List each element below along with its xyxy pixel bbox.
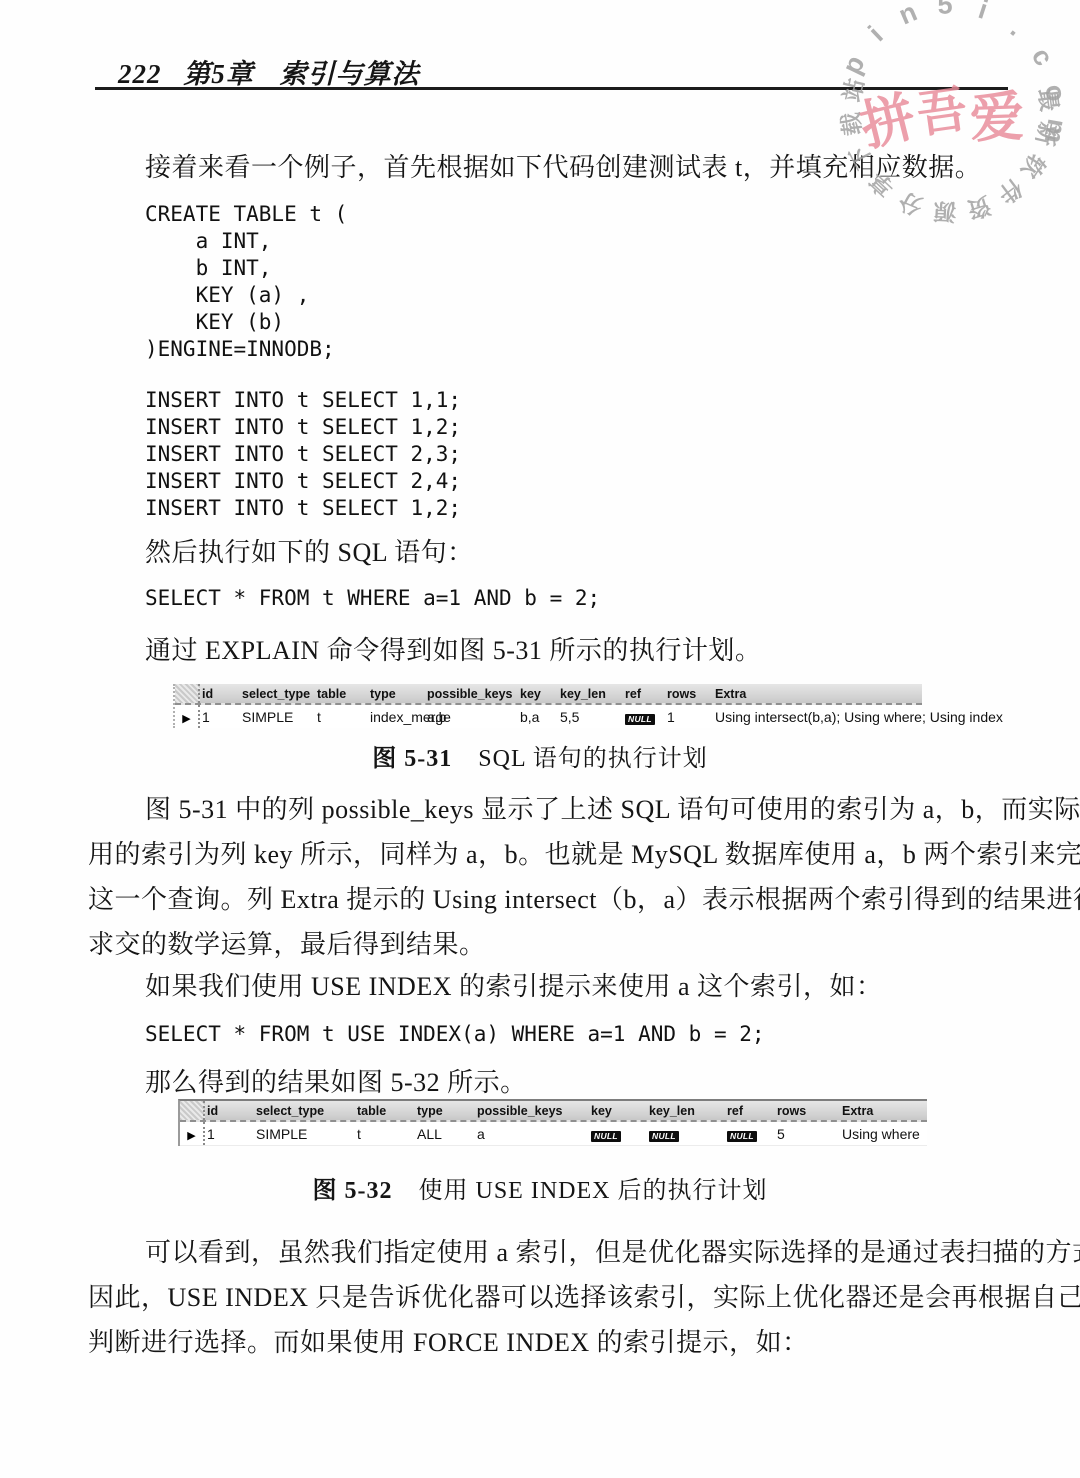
cell-ref: NULL (725, 1122, 775, 1145)
book-page: 222 第5章 索引与算法 pin5i.com最新软件资源分享下载站拼吾爱 接着… (0, 0, 1080, 1478)
code-line: SELECT * FROM t USE INDEX(a) WHERE a=1 A… (145, 1021, 765, 1048)
row-marker-icon: ▶ (187, 1130, 195, 1142)
cell-key-len: 5,5 (558, 705, 623, 728)
paragraph-analysis: 图 5-31 中的列 possible_keys 显示了上述 SQL 语句可使用… (88, 787, 1008, 967)
paragraph-then-execute: 然后执行如下的 SQL 语句： (88, 530, 1008, 575)
text-line: 用的索引为列 key 所示，同样为 a，b。也就是 MySQL 数据库使用 a，… (88, 832, 1008, 877)
code-block-select1: SELECT * FROM t WHERE a=1 AND b = 2; (145, 585, 600, 612)
cell-type: index_merge (368, 705, 425, 728)
cell-select-type: SIMPLE (254, 1122, 355, 1145)
row-selector-header (175, 684, 200, 703)
column-header-ref: ref (725, 1101, 775, 1120)
row-selector-header (180, 1101, 205, 1120)
column-header-key: key (589, 1101, 647, 1120)
cell-table: t (355, 1122, 415, 1145)
column-header-possible-keys: possible_keys (475, 1101, 589, 1120)
text-line: 判断进行选择。而如果使用 FORCE INDEX 的索引提示，如： (88, 1320, 1008, 1365)
code-line: INSERT INTO t SELECT 1,2; (145, 414, 461, 441)
chapter-title: 索引与算法 (280, 59, 420, 89)
column-header-rows: rows (775, 1101, 840, 1120)
row-marker-cell: ▶ (180, 1122, 205, 1145)
column-header-key: key (518, 684, 558, 703)
watermark-center-char: 爱 (969, 90, 1025, 146)
code-block-create-table: CREATE TABLE t ( a INT, b INT, KEY (a) ,… (145, 201, 347, 363)
row-marker-cell: ▶ (175, 705, 200, 728)
column-header-key-len: key_len (647, 1101, 725, 1120)
watermark-ring-char: o (1040, 82, 1070, 103)
paragraph-use-index: 如果我们使用 USE INDEX 的索引提示来使用 a 这个索引，如： (88, 964, 1008, 1009)
code-line: KEY (a) , (145, 282, 347, 309)
code-line: INSERT INTO t SELECT 2,4; (145, 468, 461, 495)
figure-title: SQL 语句的执行计划 (478, 746, 707, 772)
watermark-center-char: 吾 (914, 84, 970, 140)
cell-type: ALL (415, 1122, 475, 1145)
explain-table-fig-5-31: id select_type table type possible_keys … (173, 684, 922, 728)
watermark-ring-char: 源 (933, 199, 957, 223)
watermark-ring-char: 最 (1035, 87, 1061, 113)
code-block-select2: SELECT * FROM t USE INDEX(a) WHERE a=1 A… (145, 1021, 765, 1048)
text-line: 因此，USE INDEX 只是告诉优化器可以选择该索引，实际上优化器还是会再根据… (88, 1275, 1008, 1320)
column-header-table: table (315, 684, 368, 703)
figure-caption-5-31: 图 5-31SQL 语句的执行计划 (0, 738, 1080, 773)
figure-label: 图 5-32 (313, 1178, 393, 1204)
column-header-id: id (205, 1101, 254, 1120)
code-line: SELECT * FROM t WHERE a=1 AND b = 2; (145, 585, 600, 612)
column-header-possible-keys: possible_keys (425, 684, 518, 703)
column-header-type: type (415, 1101, 475, 1120)
cell-rows: 5 (775, 1122, 840, 1145)
cell-key-len: NULL (647, 1122, 725, 1145)
cell-key: b,a (518, 705, 558, 728)
watermark-ring-char: c (1026, 43, 1057, 70)
cell-possible-keys: a (475, 1122, 589, 1145)
watermark-ring-char: 分 (896, 188, 926, 218)
text-line: 求交的数学运算，最后得到结果。 (88, 922, 1008, 967)
page-number: 222 (118, 59, 162, 89)
figure-caption-5-32: 图 5-32使用 USE INDEX 后的执行计划 (0, 1170, 1080, 1205)
figure-title: 使用 USE INDEX 后的执行计划 (419, 1178, 768, 1204)
cell-key: NULL (589, 1122, 647, 1145)
watermark-ring-char: 新 (1033, 120, 1061, 148)
cell-id: 1 (205, 1122, 254, 1145)
column-header-id: id (200, 684, 240, 703)
code-line: CREATE TABLE t ( (145, 201, 347, 228)
paragraph-intro: 接着来看一个例子，首先根据如下代码创建测试表 t，并填充相应数据。 (88, 145, 1008, 190)
cell-id: 1 (200, 705, 240, 728)
column-header-rows: rows (665, 684, 713, 703)
null-badge: NULL (727, 1131, 757, 1142)
text-line: 这一个查询。列 Extra 提示的 Using intersect（b，a）表示… (88, 877, 1008, 922)
header-rule (95, 87, 1008, 90)
cell-select-type: SIMPLE (240, 705, 315, 728)
cell-extra: Using intersect(b,a); Using where; Using… (713, 705, 922, 728)
table-row: ▶ 1 SIMPLE t index_merge a,b b,a 5,5 NUL… (175, 705, 922, 728)
watermark-ring-char: 软 (1017, 150, 1049, 182)
column-header-table: table (355, 1101, 415, 1120)
column-header-type: type (368, 684, 425, 703)
code-line: b INT, (145, 255, 347, 282)
column-header-extra: Extra (713, 684, 922, 703)
code-line: )ENGINE=INNODB; (145, 336, 347, 363)
null-badge: NULL (591, 1131, 621, 1142)
column-header-key-len: key_len (558, 684, 623, 703)
code-block-inserts: INSERT INTO t SELECT 1,1; INSERT INTO t … (145, 387, 461, 522)
watermark-ring-char: . (1005, 15, 1028, 41)
cell-extra: Using where (840, 1122, 927, 1145)
code-line: KEY (b) (145, 309, 347, 336)
page-header: 222 第5章 索引与算法 (118, 52, 420, 91)
code-line: INSERT INTO t SELECT 1,1; (145, 387, 461, 414)
figure-label: 图 5-31 (372, 746, 452, 772)
text-line: 图 5-31 中的列 possible_keys 显示了上述 SQL 语句可使用… (88, 787, 1008, 832)
column-header-select-type: select_type (240, 684, 315, 703)
watermark-ring-char: i (975, 0, 990, 24)
paragraph-explain: 通过 EXPLAIN 命令得到如图 5-31 所示的执行计划。 (88, 628, 1008, 673)
column-header-ref: ref (623, 684, 665, 703)
code-line: INSERT INTO t SELECT 2,3; (145, 441, 461, 468)
watermark-ring-char: i (864, 22, 888, 47)
table-header-row: id select_type table type possible_keys … (175, 684, 922, 705)
watermark-ring-char: n (895, 0, 921, 29)
row-marker-icon: ▶ (182, 713, 190, 725)
table-header-row: id select_type table type possible_keys … (180, 1101, 927, 1122)
watermark-ring-char: p (838, 52, 870, 79)
null-badge: NULL (649, 1131, 679, 1142)
explain-table-fig-5-32: id select_type table type possible_keys … (178, 1099, 927, 1146)
null-badge: NULL (625, 714, 655, 725)
watermark-ring-char: 载 (839, 111, 865, 137)
cell-table: t (315, 705, 368, 728)
watermark-ring-char: 资 (965, 192, 994, 221)
column-header-extra: Extra (840, 1101, 927, 1120)
code-line: INSERT INTO t SELECT 1,2; (145, 495, 461, 522)
text-line: 可以看到，虽然我们指定使用 a 索引，但是优化器实际选择的是通过表扫描的方式。 (88, 1230, 1008, 1275)
watermark-ring-char: 5 (937, 0, 953, 19)
cell-ref: NULL (623, 705, 665, 728)
watermark-ring-char: m (1040, 116, 1071, 144)
code-line: a INT, (145, 228, 347, 255)
cell-possible-keys: a,b (425, 705, 518, 728)
column-header-select-type: select_type (254, 1101, 355, 1120)
table-row: ▶ 1 SIMPLE t ALL a NULL NULL NULL 5 Usin… (180, 1122, 927, 1146)
paragraph-conclusion: 可以看到，虽然我们指定使用 a 索引，但是优化器实际选择的是通过表扫描的方式。 … (88, 1230, 1008, 1365)
cell-rows: 1 (665, 705, 713, 728)
chapter-label: 第5章 (183, 59, 254, 89)
